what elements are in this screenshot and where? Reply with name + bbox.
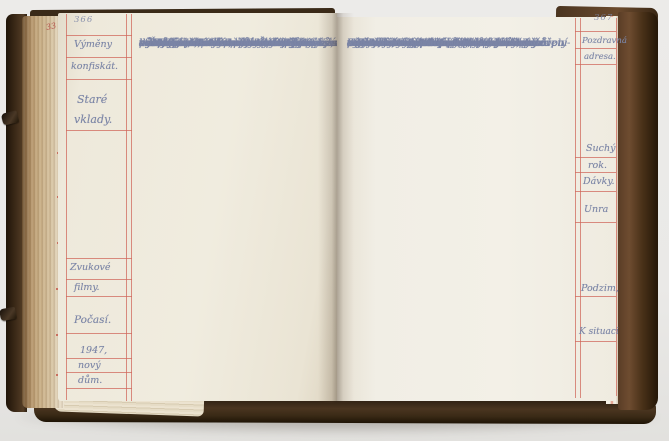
book-gutter-shadow (318, 13, 354, 403)
margin-rule-line (66, 358, 132, 359)
margin-keyword: Suchý (586, 143, 615, 154)
margin-rule-line (616, 18, 617, 396)
margin-keyword: Dávky. (583, 176, 615, 187)
margin-rule-line (575, 64, 616, 65)
margin-keyword: Výměny (74, 39, 112, 50)
margin-rule-line (131, 14, 132, 401)
margin-keyword: vklady. (74, 113, 112, 126)
handwritten-line: ný dům. (139, 36, 181, 51)
margin-rule-line (66, 333, 132, 334)
margin-rule-line (575, 31, 616, 32)
margin-rule-line (66, 258, 132, 259)
margin-rule-line (66, 79, 132, 80)
margin-rule-line (66, 372, 132, 373)
margin-keyword: Zvukové (70, 262, 111, 273)
margin-rule-line (66, 388, 132, 389)
margin-keyword: filmy. (74, 282, 100, 293)
margin-keyword: adresa. (584, 52, 616, 62)
margin-rule-line (575, 157, 616, 158)
margin-keyword: konfiskát. (71, 61, 118, 72)
margin-keyword: Staré (77, 93, 107, 106)
margin-keyword: Podzim, (581, 283, 619, 294)
photo-of-open-chronicle-book: 366 33 Výměny konfiskát. Staré vklady. Z… (0, 0, 669, 441)
margin-keyword: dům. (78, 375, 102, 386)
margin-rule-line (575, 191, 616, 192)
margin-rule-line (126, 14, 127, 401)
margin-keyword: Pozdravná (582, 36, 627, 46)
margin-rule-line (575, 296, 616, 297)
margin-keyword: K situaci (579, 327, 619, 337)
margin-keyword: Počasí. (74, 314, 111, 326)
margin-rule-line (66, 14, 67, 400)
margin-rule-line (575, 172, 616, 173)
margin-keyword: rok. (588, 160, 607, 171)
margin-rule-line (575, 341, 616, 342)
margin-rule-line (66, 296, 132, 297)
margin-rule-line (66, 130, 132, 131)
margin-rule-line (66, 279, 132, 280)
handwritten-line: myšlenkový, politický, hospodářský (347, 36, 530, 51)
margin-rule-line (575, 222, 616, 223)
book-cover-right-edge (618, 12, 658, 410)
margin-keyword: nový (78, 360, 101, 371)
margin-rule-line (575, 48, 616, 49)
margin-rule-line (66, 35, 132, 36)
margin-rule-line (66, 57, 132, 58)
left-page-number: 366 (74, 15, 93, 25)
right-page-number: 367 (594, 13, 613, 23)
margin-keyword: Unra (584, 204, 608, 215)
margin-keyword: 1947, (80, 345, 107, 356)
